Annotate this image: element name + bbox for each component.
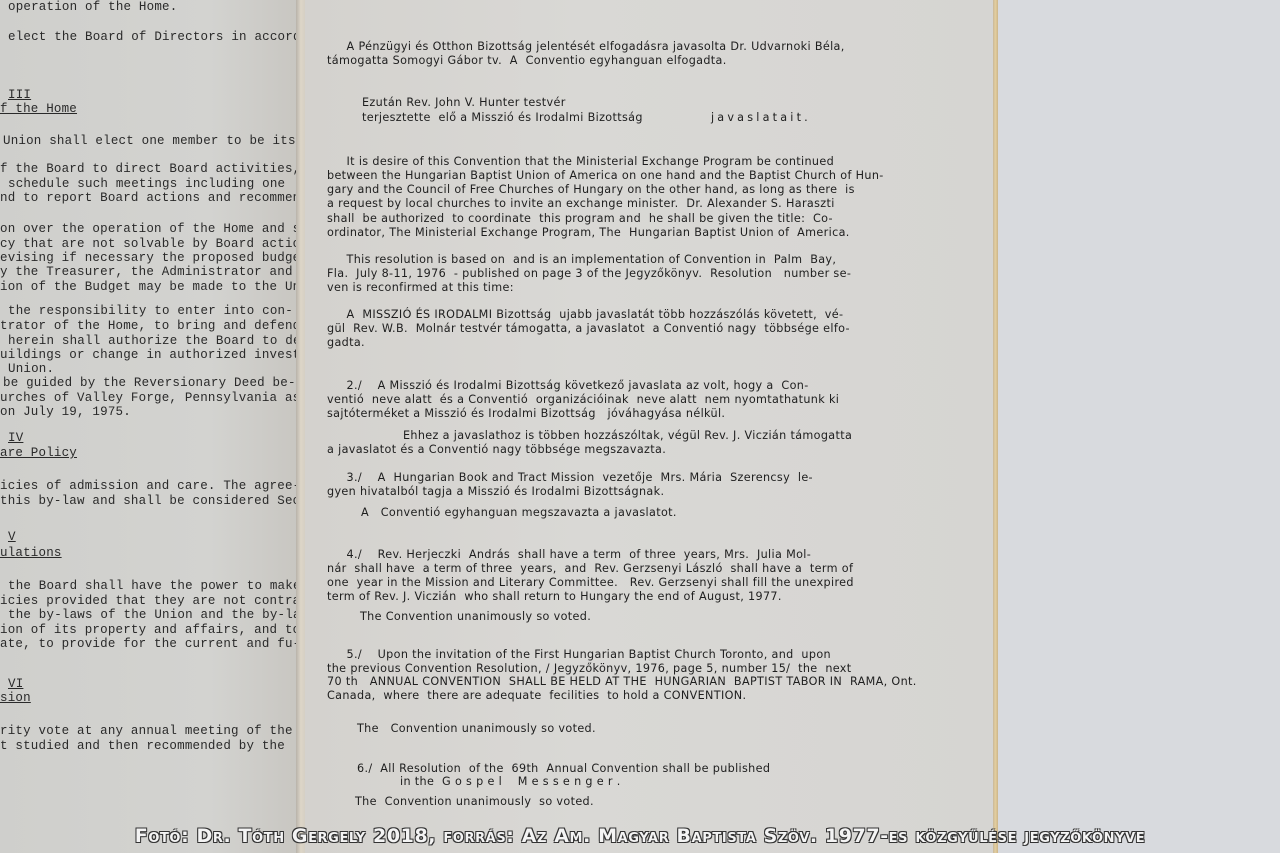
main-page-text-line: ventió neve alatt és a Conventió organiz… — [327, 393, 839, 406]
left-page-text-line: ion of the Budget may be made to the Uni… — [0, 280, 300, 294]
main-page-text-line: Ezután Rev. John V. Hunter testvér — [362, 96, 566, 109]
main-page-text-line: a request by local churches to invite an… — [327, 197, 835, 210]
left-page-text-line: operation of the Home. — [8, 0, 177, 14]
main-page-text-line: 5./ Upon the invitation of the First Hun… — [327, 648, 831, 661]
main-page-text-line: Canada, where there are adequate fecilit… — [327, 689, 746, 702]
main-page-text-line: terjesztette elő a Misszió és Irodalmi B… — [362, 111, 647, 124]
main-page-text-line: a javaslatot és a Conventió nagy többség… — [327, 443, 666, 456]
left-page-text-line: t studied and then recommended by the — [0, 739, 285, 753]
main-page-text-line: the previous Convention Resolution, / Je… — [327, 662, 852, 675]
main-page-text-line: gül Rev. W.B. Molnár testvér támogatta, … — [327, 322, 850, 335]
left-page-text-line: y the Treasurer, the Administrator and — [0, 265, 293, 279]
main-page-text-line: gary and the Council of Free Churches of… — [327, 183, 855, 196]
main-page-text-line: A Pénzügyi és Otthon Bizottság jelentésé… — [327, 40, 845, 53]
left-page-text-line: elect the Board of Directors in accord- — [8, 30, 300, 44]
left-page-text-line: cy that are not solvable by Board action… — [0, 237, 300, 251]
left-page-heading: IV — [8, 431, 23, 445]
left-page-text-line: this by-law and shall be considered Sec- — [0, 494, 300, 508]
left-page-text-line: urches of Valley Forge, Pennsylvania as — [0, 391, 300, 405]
main-page-text-line: shall be authorized to coordinate this p… — [327, 212, 833, 225]
main-page-text-line: A MISSZIÓ ÉS IRODALMI Bizottság ujabb ja… — [327, 308, 843, 321]
left-page-heading: V — [8, 530, 16, 544]
main-page-text-line: 3./ A Hungarian Book and Tract Mission v… — [327, 471, 813, 484]
left-page-text-line: nd to report Board actions and recommend… — [0, 191, 300, 205]
main-page-text-line: term of Rev. J. Viczián who shall return… — [327, 590, 782, 603]
main-page-text-line: Fla. July 8-11, 1976 - published on page… — [327, 267, 851, 280]
main-page-text-line: 4./ Rev. Herjeczki András shall have a t… — [327, 548, 811, 561]
main-page-text-line: This resolution is based on and is an im… — [327, 253, 836, 266]
main-page-text-line: between the Hungarian Baptist Union of A… — [327, 169, 884, 182]
left-page-text-line: schedule such meetings including one — [8, 177, 285, 191]
left-page-partial: operation of the Home.elect the Board of… — [0, 0, 300, 853]
left-page-text-line: on July 19, 1975. — [0, 405, 131, 419]
main-page-text-line: The Convention unanimously so voted. — [360, 610, 591, 623]
left-page-text-line: herein shall authorize the Board to deal — [8, 334, 300, 348]
left-page-text-line: ion of its property and affairs, and to — [0, 623, 300, 637]
main-page-text-line: gadta. — [327, 336, 365, 349]
main-page-text-line: Ehhez a javaslathoz is többen hozzászólt… — [403, 429, 852, 442]
left-page-text-line: the responsibility to enter into con- — [8, 304, 293, 318]
main-page-text-line: ordinator, The Ministerial Exchange Prog… — [327, 226, 850, 239]
left-page-heading: VI — [8, 677, 23, 691]
main-page-text-line: ven is reconfirmed at this time: — [327, 281, 514, 294]
main-page-text-line: A Conventió egyhanguan megszavazta a jav… — [361, 506, 677, 519]
left-page-text-line: icies provided that they are not contrar… — [0, 594, 300, 608]
left-page-text-line: the by-laws of the Union and the by-laws — [8, 608, 300, 622]
left-page-heading: f the Home — [0, 102, 77, 116]
left-page-text-line: the Board shall have the power to make — [8, 579, 300, 593]
left-page-text-line: Union. — [8, 362, 54, 376]
main-page-text-line: 70 th ANNUAL CONVENTION SHALL BE HELD AT… — [327, 675, 917, 688]
main-page-text-line: The Convention unanimously so voted. — [355, 795, 594, 808]
main-page-text-line: 2./ A Misszió és Irodalmi Bizottság köve… — [327, 379, 809, 392]
left-page-text-line: trator of the Home, to bring and defend — [0, 319, 300, 333]
left-page-text-line: on over the operation of the Home and sh… — [0, 222, 300, 236]
main-page-text-line: It is desire of this Convention that the… — [327, 155, 834, 168]
left-page-text-line: f the Board to direct Board activities, — [0, 162, 300, 176]
left-page-heading: III — [8, 88, 31, 102]
main-page-text-line: nár shall have a term of three years, an… — [327, 562, 853, 575]
main-page-text-line: The Convention unanimously so voted. — [357, 722, 596, 735]
main-page-text-line: támogatta Somogyi Gábor tv. A Conventio … — [327, 54, 727, 67]
main-page-text-line: in the G o s p e l M e s s e n g e r . — [400, 775, 621, 788]
photo-credit-caption: Fotó: Dr. Tóth Gergely 2018, forrás: Az … — [0, 821, 1280, 851]
main-document-page: A Pénzügyi és Otthon Bizottság jelentésé… — [305, 0, 995, 853]
main-page-text-line: one year in the Mission and Literary Com… — [327, 576, 854, 589]
main-page-text-line: 6./ All Resolution of the 69th Annual Co… — [357, 762, 770, 775]
left-page-text-line: ate, to provide for the current and fu- — [0, 637, 300, 651]
main-page-text-line: gyen hivatalból tagja a Misszió és Iroda… — [327, 485, 664, 498]
left-page-heading: are Policy — [0, 446, 77, 460]
left-page-heading: sion — [0, 691, 31, 705]
left-page-text-line: evising if necessary the proposed budget — [0, 251, 300, 265]
left-page-text-line: icies of admission and care. The agree- — [0, 479, 300, 493]
left-page-heading: ulations — [0, 546, 62, 560]
left-page-text-line: be guided by the Reversionary Deed be- — [3, 376, 296, 390]
main-page-text-line: sajtóterméket a Misszió és Irodalmi Bizo… — [327, 407, 725, 420]
left-page-text-line: rity vote at any annual meeting of the — [0, 724, 293, 738]
background-surface — [998, 0, 1280, 853]
left-page-text-line: uildings or change in authorized invest- — [0, 348, 300, 362]
left-page-text-line: Union shall elect one member to be its — [3, 134, 296, 148]
main-page-text-line: javaslatait. — [711, 111, 811, 124]
